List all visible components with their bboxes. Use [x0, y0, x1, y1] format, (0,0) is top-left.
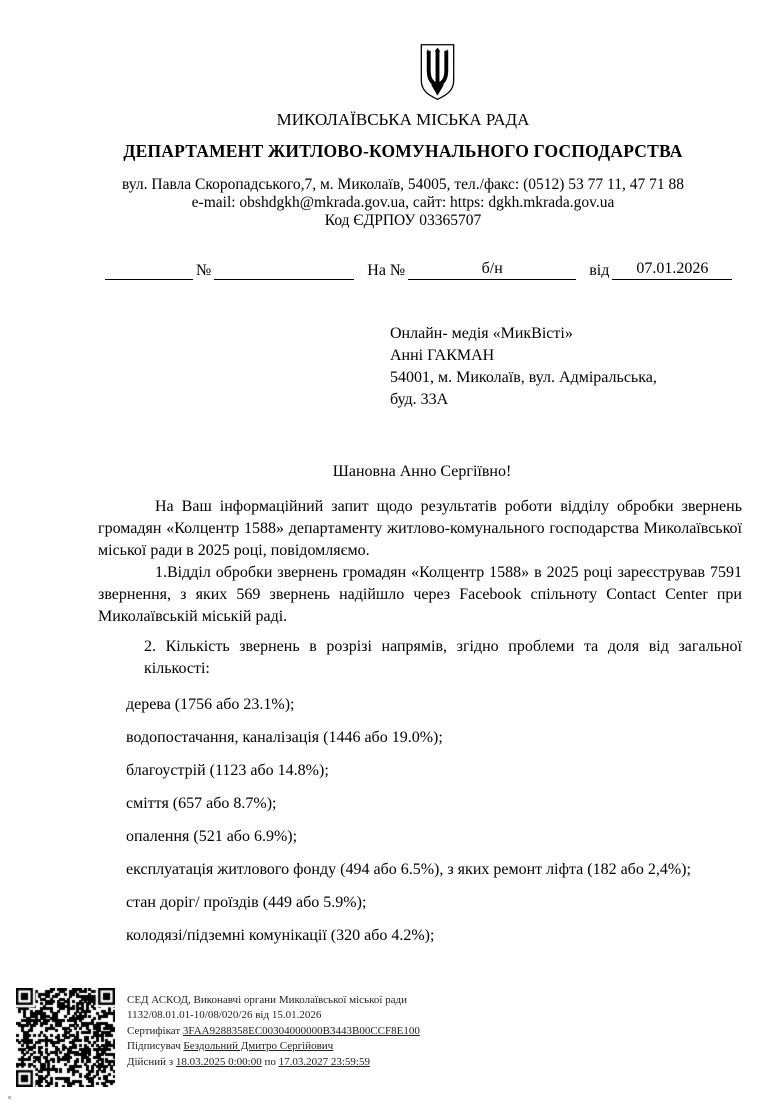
recipient-line: буд. 33А [390, 389, 776, 411]
stamp-doc-number-line: 1132/08.01.01-10/08/020/26 від 15.01.202… [127, 1008, 420, 1023]
scan-artifact [8, 1096, 11, 1099]
number-label: № [193, 262, 214, 280]
date-value: 07.01.2026 [612, 260, 732, 280]
date-label: від [586, 262, 612, 280]
stamp-signer-line: Підписувач Бездольний Дмитро Сергійович [127, 1039, 420, 1054]
list-item: водопостачання, каналізація (1446 або 19… [126, 727, 742, 748]
list-item: опалення (521 або 6.9%); [126, 826, 742, 847]
recipient-block: Онлайн- медія «МикВісті» Анні ГАКМАН 540… [390, 323, 776, 411]
reply-number-label: На № [364, 262, 408, 280]
valid-middle: по [264, 1056, 275, 1068]
valid-to: 17.03.2027 23:59:59 [279, 1056, 370, 1068]
list-item: благоустрій (1123 або 14.8%); [126, 760, 742, 781]
outgoing-number-blank [214, 260, 354, 280]
letter-body: На Ваш інформаційний запит щодо результа… [98, 496, 742, 946]
contacts-line: e-mail: obshdgkh@mkrada.gov.ua, сайт: ht… [30, 194, 776, 212]
stamp-validity-line: Дійсний з 18.03.2025 0:00:00 по 17.03.20… [127, 1055, 420, 1070]
valid-label: Дійсний з [127, 1056, 173, 1068]
signer-value: Бездольний Дмитро Сергійович [183, 1040, 333, 1052]
ukraine-trident-icon [419, 42, 456, 102]
signer-label: Підписувач [127, 1040, 181, 1052]
certificate-label: Сертифікат [127, 1025, 180, 1037]
stamp-certificate-line: Сертифікат 3FAA9288358EC00304000000B3443… [127, 1024, 420, 1039]
list-item: сміття (657 або 8.7%); [126, 793, 742, 814]
letterhead: МИКОЛАЇВСЬКА МІСЬКА РАДА ДЕПАРТАМЕНТ ЖИТ… [0, 0, 776, 230]
paragraph: На Ваш інформаційний запит щодо результа… [98, 496, 742, 562]
list-item: стан доріг/ проїздів (449 або 5.9%); [126, 892, 742, 913]
department-name: ДЕПАРТАМЕНТ ЖИТЛОВО-КОМУНАЛЬНОГО ГОСПОДА… [30, 141, 776, 161]
stamp-system-line: СЕД АСКОД, Виконавчі органи Миколаївсько… [127, 993, 420, 1008]
list-item: експлуатація житлового фонду (494 або 6.… [126, 859, 742, 880]
list-item: дерева (1756 або 23.1%); [126, 694, 742, 715]
list-item: колодязі/підземні комунікації (320 або 4… [126, 925, 742, 946]
statistics-list: дерева (1756 або 23.1%); водопостачання,… [98, 694, 742, 946]
stamp-text: СЕД АСКОД, Виконавчі органи Миколаївсько… [127, 988, 420, 1087]
org-name: МИКОЛАЇВСЬКА МІСЬКА РАДА [30, 110, 776, 130]
reference-line: № На № б/н від 07.01.2026 [98, 258, 742, 280]
outgoing-date-blank [105, 260, 193, 280]
qr-code-icon [16, 988, 115, 1087]
recipient-line: Онлайн- медія «МикВісті» [390, 323, 776, 345]
reply-number-value: б/н [408, 260, 576, 280]
address-line: вул. Павла Скоропадського,7, м. Миколаїв… [30, 176, 776, 194]
edrpou-line: Код ЄДРПОУ 03365707 [30, 212, 776, 230]
salutation: Шановна Анно Сергіївно! [0, 463, 776, 481]
recipient-line: Анні ГАКМАН [390, 345, 776, 367]
valid-from: 18.03.2025 0:00:00 [176, 1056, 262, 1068]
paragraph: 2. Кількість звернень в розрізі напрямів… [144, 636, 742, 680]
recipient-line: 54001, м. Миколаїв, вул. Адміральська, [390, 367, 776, 389]
certificate-value: 3FAA9288358EC00304000000B3443B00CCF8E100 [183, 1025, 420, 1037]
document-page: МИКОЛАЇВСЬКА МІСЬКА РАДА ДЕПАРТАМЕНТ ЖИТ… [0, 0, 776, 1112]
signature-stamp: СЕД АСКОД, Виконавчі органи Миколаївсько… [16, 988, 420, 1087]
paragraph: 1.Відділ обробки звернень громадян «Колц… [98, 562, 742, 628]
